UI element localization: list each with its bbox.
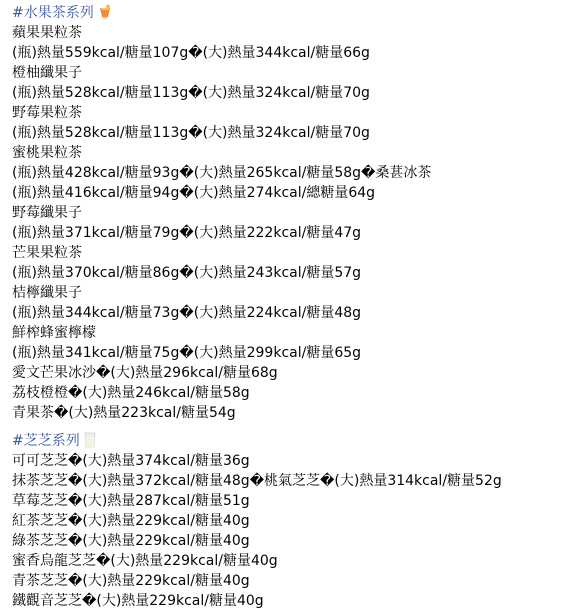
text-line: 愛文芒果冰沙�(大)熱量296kcal/糖量68g [12,363,563,383]
text-line: (瓶)熱量528kcal/糖量113g�(大)熱量324kcal/糖量70g [12,83,563,103]
text-line: 野莓纖果子 [12,203,563,223]
text-line: 紅茶芝芝�(大)熱量229kcal/糖量40g [12,511,563,531]
text-line: (瓶)熱量428kcal/糖量93g�(大)熱量265kcal/糖量58g�桑葚… [12,163,563,183]
section-header-cheese-tea: #芝芝系列 [12,431,563,451]
text-line: 草莓芝芝�(大)熱量287kcal/糖量51g [12,491,563,511]
text-line: 鐵觀音芝芝�(大)熱量229kcal/糖量40g [12,591,563,611]
text-line: 青果茶�(大)熱量223kcal/糖量54g [12,403,563,423]
text-line: (瓶)熱量344kcal/糖量73g�(大)熱量224kcal/糖量48g [12,303,563,323]
section-header-fruit-tea: #水果茶系列 [12,3,563,23]
text-line: 蜜香烏龍芝芝�(大)熱量229kcal/糖量40g [12,551,563,571]
text-line: (瓶)熱量371kcal/糖量79g�(大)熱量222kcal/糖量47g [12,223,563,243]
text-line: 抹茶芝芝�(大)熱量372kcal/糖量48g�桃氣芝芝�(大)熱量314kca… [12,471,563,491]
text-line: 芒果果粒茶 [12,243,563,263]
text-line: 蘋果果粒茶 [12,23,563,43]
text-line: (瓶)熱量559kcal/糖量107g�(大)熱量344kcal/糖量66g [12,43,563,63]
text-line: 鮮榨蜂蜜檸檬 [12,323,563,343]
hashtag-fruit-tea[interactable]: #水果茶系列 [12,5,94,21]
text-line: 橙柚纖果子 [12,63,563,83]
paragraph-gap [12,423,563,431]
post-body: #水果茶系列 蘋果果粒茶 (瓶)熱量559kcal/糖量107g�(大)熱量34… [0,0,563,611]
text-line: 綠茶芝芝�(大)熱量229kcal/糖量40g [12,531,563,551]
text-line: (瓶)熱量528kcal/糖量113g�(大)熱量324kcal/糖量70g [12,123,563,143]
text-line: (瓶)熱量370kcal/糖量86g�(大)熱量243kcal/糖量57g [12,263,563,283]
text-line: (瓶)熱量416kcal/糖量94g�(大)熱量274kcal/總糖量64g [12,183,563,203]
text-line: 青茶芝芝�(大)熱量229kcal/糖量40g [12,571,563,591]
hashtag-cheese-tea[interactable]: #芝芝系列 [12,433,80,449]
text-line: 蜜桃果粒茶 [12,143,563,163]
text-line: 荔枝橙橙�(大)熱量246kcal/糖量58g [12,383,563,403]
text-line: 野莓果粒茶 [12,103,563,123]
text-line: (瓶)熱量341kcal/糖量75g�(大)熱量299kcal/糖量65g [12,343,563,363]
text-line: 可可芝芝�(大)熱量374kcal/糖量36g [12,451,563,471]
text-line: 桔檸纖果子 [12,283,563,303]
tropical-drink-icon [98,4,112,26]
